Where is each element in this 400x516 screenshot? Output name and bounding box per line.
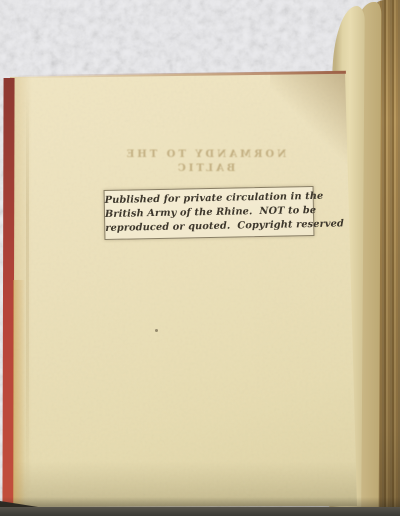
show-through-line-1: NORMANDY TO THE [110,148,300,162]
limitation-notice-label: Published for private circulation in the… [104,186,315,240]
page-crease [26,90,29,490]
show-through-title: NORMANDY TO THE BALTIC [110,148,300,175]
gilt-inner-edge [13,280,25,506]
notice-line-3: reproduced or quoted. Copyright reserved [105,218,313,236]
book-photo: NORMANDY TO THE BALTIC Published for pri… [0,0,400,516]
paper-speck [155,329,158,332]
book-bottom-board [0,507,400,516]
show-through-line-2: BALTIC [110,162,300,176]
